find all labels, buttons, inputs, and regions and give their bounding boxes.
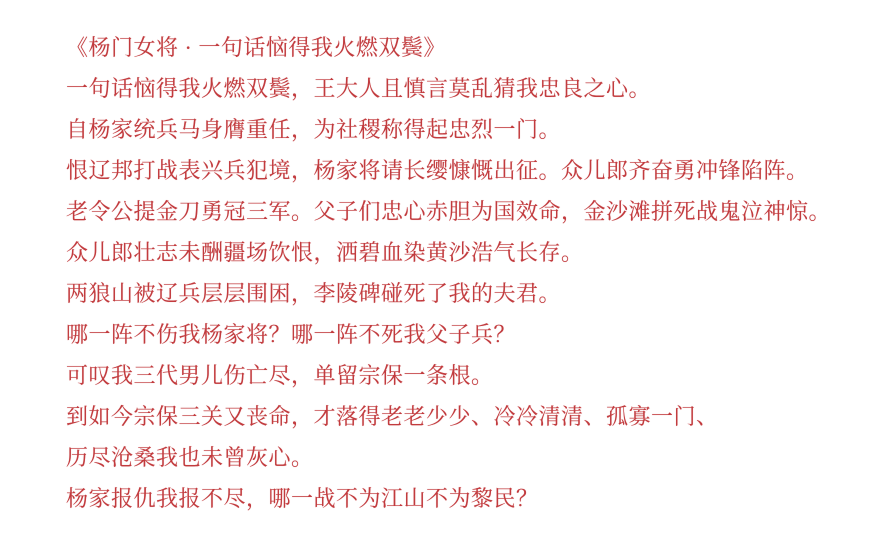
lyric-line: 哪一阵不伤我杨家将？哪一阵不死我父子兵？ — [66, 314, 876, 355]
lyric-line: 历尽沧桑我也未曾灰心。 — [66, 437, 876, 478]
lyric-line: 可叹我三代男儿伤亡尽，单留宗保一条根。 — [66, 355, 876, 396]
lyric-line: 杨家报仇我报不尽，哪一战不为江山不为黎民？ — [66, 478, 876, 519]
lyric-line: 两狼山被辽兵层层围困，李陵碑碰死了我的夫君。 — [66, 273, 876, 314]
song-title: 《杨门女将 · 一句话恼得我火燃双鬓》 — [66, 27, 876, 68]
lyric-line: 恨辽邦打战表兴兵犯境，杨家将请长缨慷慨出征。众儿郎齐奋勇冲锋陷阵。 — [66, 150, 876, 191]
lyrics-lines: 一句话恼得我火燃双鬓，王大人且慎言莫乱猜我忠良之心。自杨家统兵马身膺重任，为社稷… — [66, 68, 876, 519]
lyric-line: 一句话恼得我火燃双鬓，王大人且慎言莫乱猜我忠良之心。 — [66, 68, 876, 109]
lyric-line: 众儿郎壮志未酬疆场饮恨，洒碧血染黄沙浩气长存。 — [66, 232, 876, 273]
lyric-line: 自杨家统兵马身膺重任，为社稷称得起忠烈一门。 — [66, 109, 876, 150]
lyric-line: 到如今宗保三关又丧命，才落得老老少少、冷冷清清、孤寡一门、 — [66, 396, 876, 437]
lyric-line: 老令公提金刀勇冠三军。父子们忠心赤胆为国效命，金沙滩拼死战鬼泣神惊。 — [66, 191, 876, 232]
lyrics-text-block: 《杨门女将 · 一句话恼得我火燃双鬓》 一句话恼得我火燃双鬓，王大人且慎言莫乱猜… — [66, 27, 876, 519]
lyrics-page: 《杨门女将 · 一句话恼得我火燃双鬓》 一句话恼得我火燃双鬓，王大人且慎言莫乱猜… — [0, 0, 886, 540]
